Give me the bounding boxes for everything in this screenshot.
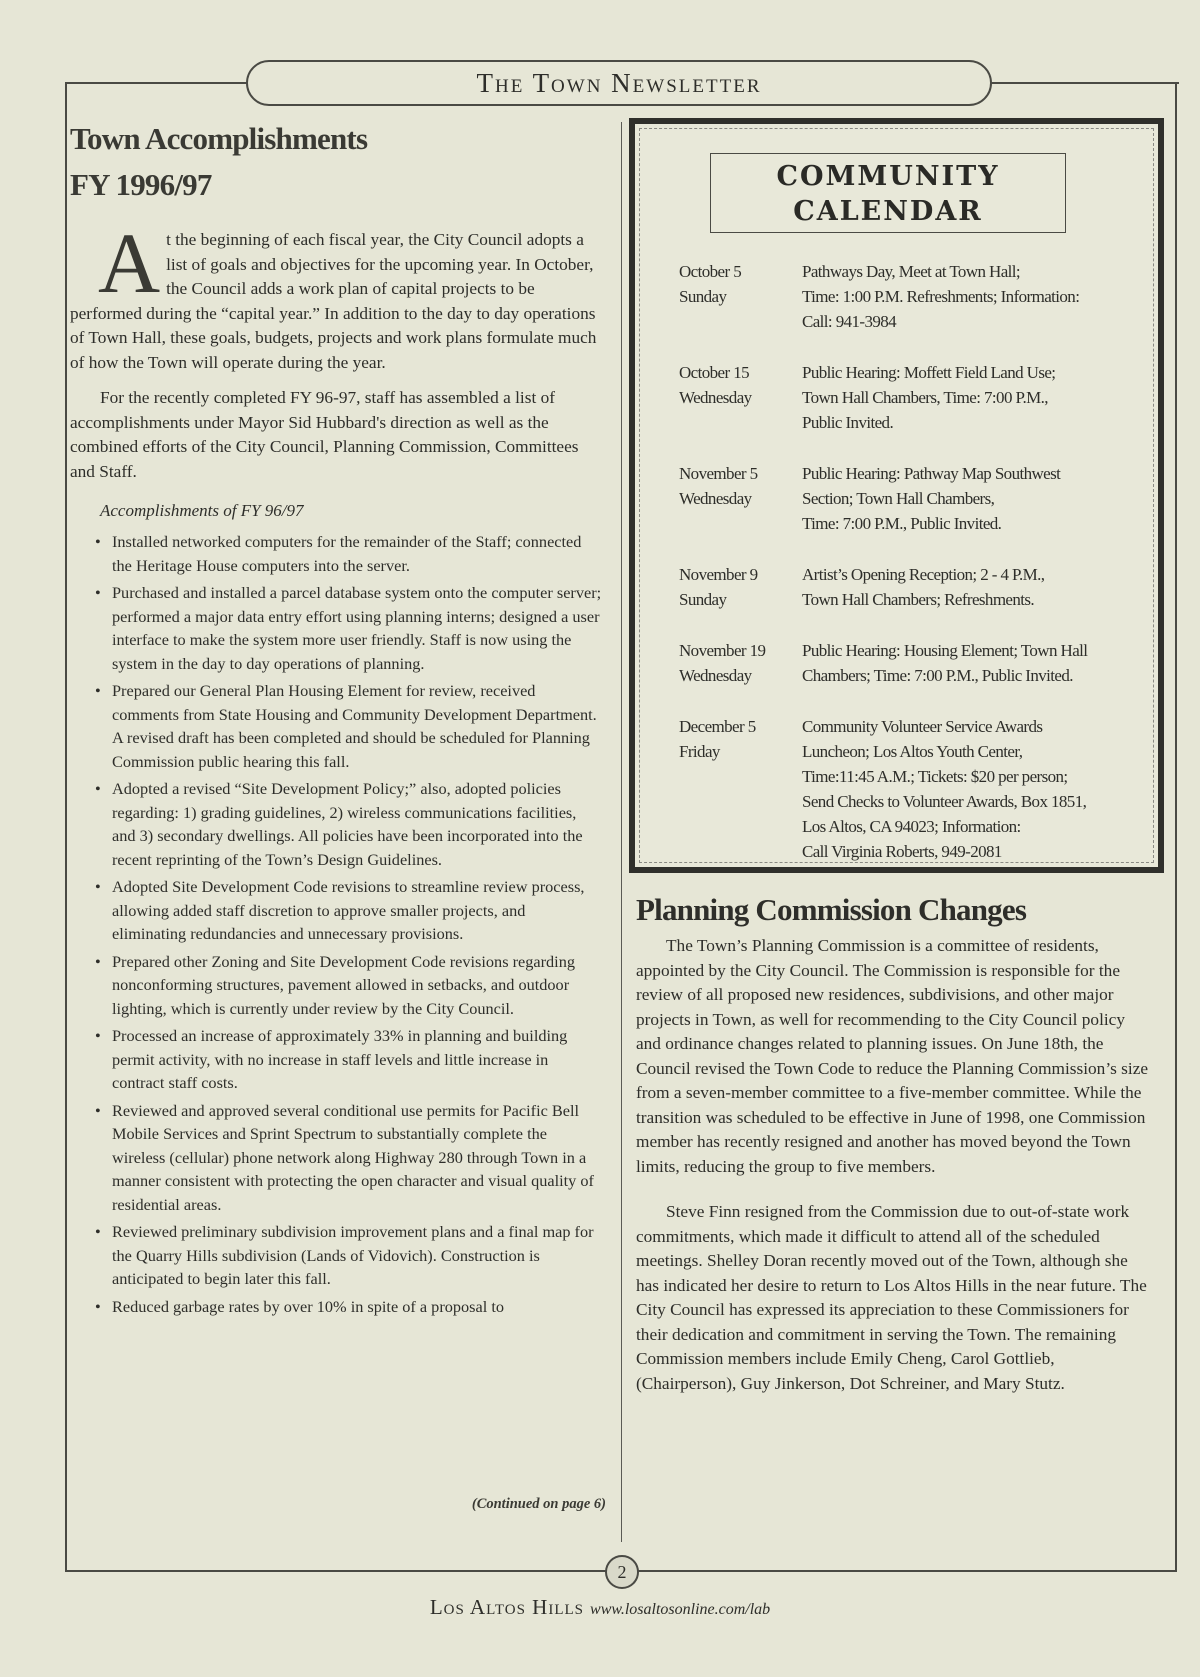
- event-date: October 5Sunday: [679, 259, 802, 334]
- bullet-icon: •: [95, 777, 101, 801]
- article-title-line2: FY 1996/97: [70, 162, 602, 208]
- calendar-event: October 5Sunday Pathways Day, Meet at To…: [679, 259, 1139, 334]
- article-title-line1: Town Accomplishments: [70, 116, 602, 162]
- intro-paragraph: At the beginning of each fiscal year, th…: [70, 228, 602, 375]
- event-date: November 9Sunday: [679, 562, 802, 612]
- accomplishments-subhead: Accomplishments of FY 96/97: [100, 499, 602, 523]
- bullet-icon: •: [95, 1295, 101, 1319]
- list-item: •Processed an increase of approximately …: [70, 1024, 602, 1095]
- page-number: 2: [605, 1555, 639, 1589]
- bullet-icon: •: [95, 950, 101, 974]
- event-description: Community Volunteer Service AwardsLunche…: [802, 714, 1139, 864]
- paragraph-1: The Town’s Planning Commission is a comm…: [636, 934, 1152, 1179]
- drop-cap: A: [98, 230, 160, 296]
- bullet-icon: •: [95, 875, 101, 899]
- event-date: October 15Wednesday: [679, 360, 802, 435]
- calendar-events: October 5Sunday Pathways Day, Meet at To…: [679, 259, 1139, 890]
- footer: Los Altos Hillswww.losaltosonline.com/la…: [0, 1595, 1200, 1620]
- bullet-icon: •: [95, 530, 101, 554]
- list-item: •Adopted a revised “Site Development Pol…: [70, 777, 602, 871]
- event-description: Public Hearing: Housing Element; Town Ha…: [802, 638, 1139, 688]
- event-description: Artist’s Opening Reception; 2 - 4 P.M.,T…: [802, 562, 1139, 612]
- calendar-event: October 15Wednesday Public Hearing: Moff…: [679, 360, 1139, 435]
- paragraph-2: Steve Finn resigned from the Commission …: [636, 1200, 1152, 1396]
- article-town-accomplishments: Town Accomplishments FY 1996/97 At the b…: [70, 116, 602, 1322]
- event-date: November 19Wednesday: [679, 638, 802, 688]
- list-item: •Reviewed preliminary subdivision improv…: [70, 1220, 602, 1291]
- calendar-event: December 5Friday Community Volunteer Ser…: [679, 714, 1139, 864]
- article-planning-commission: Planning Commission Changes The Town’s P…: [636, 890, 1152, 1396]
- list-item: •Prepared other Zoning and Site Developm…: [70, 950, 602, 1021]
- community-calendar-box: COMMUNITY CALENDAR October 5Sunday Pathw…: [629, 118, 1164, 873]
- footer-url[interactable]: www.losaltosonline.com/lab: [590, 1601, 770, 1618]
- calendar-event: November 19Wednesday Public Hearing: Hou…: [679, 638, 1139, 688]
- list-item: •Adopted Site Development Code revisions…: [70, 875, 602, 946]
- list-item: •Reviewed and approved several condition…: [70, 1099, 602, 1217]
- event-description: Public Hearing: Moffett Field Land Use;T…: [802, 360, 1139, 435]
- bullet-icon: •: [95, 581, 101, 605]
- calendar-title: COMMUNITY CALENDAR: [710, 153, 1066, 233]
- event-description: Public Hearing: Pathway Map SouthwestSec…: [802, 461, 1139, 536]
- calendar-event: November 5Wednesday Public Hearing: Path…: [679, 461, 1139, 536]
- bullet-icon: •: [95, 679, 101, 703]
- event-date: November 5Wednesday: [679, 461, 802, 536]
- bullet-icon: •: [95, 1024, 101, 1048]
- footer-town-name: Los Altos Hills: [430, 1595, 584, 1619]
- event-description: Pathways Day, Meet at Town Hall;Time: 1:…: [802, 259, 1139, 334]
- event-date: December 5Friday: [679, 714, 802, 864]
- continued-on-page-link[interactable]: (Continued on page 6): [70, 1496, 606, 1513]
- calendar-event: November 9Sunday Artist’s Opening Recept…: [679, 562, 1139, 612]
- list-item: •Purchased and installed a parcel databa…: [70, 581, 602, 675]
- list-item: •Reduced garbage rates by over 10% in sp…: [70, 1295, 602, 1319]
- paragraph-2: For the recently completed FY 96-97, sta…: [70, 386, 602, 484]
- list-item: •Installed networked computers for the r…: [70, 530, 602, 577]
- bullet-icon: •: [95, 1220, 101, 1244]
- accomplishments-list: •Installed networked computers for the r…: [70, 530, 602, 1318]
- newsletter-masthead: The Town Newsletter: [246, 60, 992, 106]
- list-item: •Prepared our General Plan Housing Eleme…: [70, 679, 602, 773]
- article-title: Planning Commission Changes: [636, 890, 1152, 930]
- column-divider: [621, 122, 622, 1542]
- bullet-icon: •: [95, 1099, 101, 1123]
